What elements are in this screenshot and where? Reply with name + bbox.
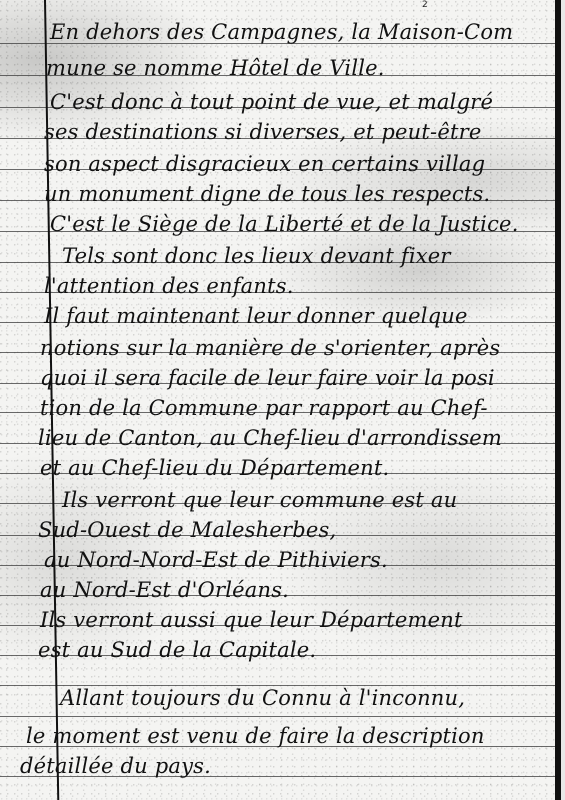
text-line-21: est au Sud de la Capitale. xyxy=(38,640,316,661)
text-line-18: au Nord-Nord-Est de Pithiviers. xyxy=(44,550,388,571)
text-line-11: notions sur la manière de s'orienter, ap… xyxy=(40,338,500,359)
text-line-17: Sud-Ouest de Malesherbes, xyxy=(38,520,336,541)
manuscript-page: 2 En dehors des Campagnes, la Maison-Com… xyxy=(0,0,565,800)
text-line-6: un monument digne de tous les respects. xyxy=(44,184,490,205)
text-line-24: détaillée du pays. xyxy=(20,756,211,777)
text-line-13: tion de la Commune par rapport au Chef- xyxy=(40,398,488,419)
text-line-10: Il faut maintenant leur donner quelque xyxy=(44,306,468,327)
text-line-9: l'attention des enfants. xyxy=(44,276,294,297)
text-line-5: son aspect disgracieux en certains villa… xyxy=(44,154,485,175)
text-line-4: ses destinations si diverses, et peut-êt… xyxy=(44,122,481,143)
text-line-7: C'est le Siège de la Liberté et de la Ju… xyxy=(50,214,519,235)
text-line-23: le moment est venu de faire la descripti… xyxy=(26,726,485,747)
text-line-2: mune se nomme Hôtel de Ville. xyxy=(46,58,385,79)
text-line-1: En dehors des Campagnes, la Maison-Com xyxy=(50,22,513,43)
text-line-20: Ils verront aussi que leur Département xyxy=(40,610,463,631)
text-line-8: Tels sont donc les lieux devant fixer xyxy=(62,246,451,267)
text-line-22: Allant toujours du Connu à l'inconnu, xyxy=(60,688,465,709)
text-line-15: et au Chef-lieu du Département. xyxy=(40,458,389,479)
text-line-12: quoi il sera facile de leur faire voir l… xyxy=(40,368,495,389)
ruled-line xyxy=(0,716,555,717)
text-line-14: lieu de Canton, au Chef-lieu d'arrondiss… xyxy=(38,428,502,449)
text-line-16: Ils verront que leur commune est au xyxy=(62,490,457,511)
page-mark: 2 xyxy=(422,0,428,10)
text-line-19: au Nord-Est d'Orléans. xyxy=(40,580,289,601)
text-line-3: C'est donc à tout point de vue, et malgr… xyxy=(50,92,493,113)
page-edge xyxy=(561,0,565,800)
